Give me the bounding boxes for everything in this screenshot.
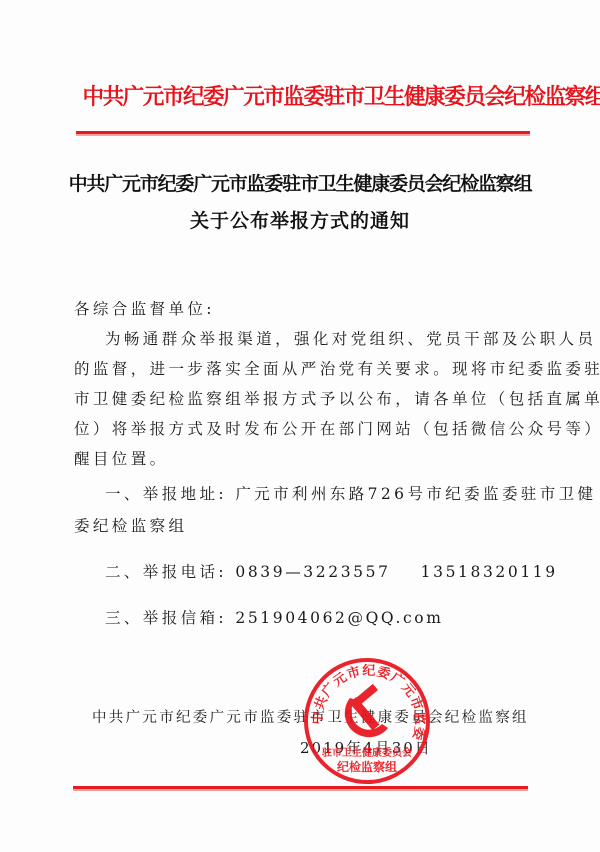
document-title-line1: 中共广元市纪委广元市监委驻市卫生健康委员会纪检监察组 [60,169,540,196]
document-title-line2: 关于公布举报方式的通知 [60,206,540,233]
paragraph-line: 的监督，进一步落实全面从严治党有关要求。现将市纪委监委驻 [74,354,544,384]
body-paragraph: 为畅通群众举报渠道，强化对党组织、党员干部及公职人员 的监督，进一步落实全面从严… [74,324,544,474]
footer-divider [73,786,528,789]
report-address-value: 广元市利州东路726号市纪委监委驻市卫健 [235,485,596,503]
report-address-label: 一、举报地址: [105,485,227,503]
report-email-label: 三、举报信箱: [105,609,227,627]
paragraph-line: 市卫健委纪检监察组举报方式予以公布，请各单位（包括直属单 [74,384,544,414]
seal-arc-text: 中共广元市纪委广元市监委 [309,663,428,743]
paragraph-line: 为畅通群众举报渠道，强化对党组织、党员干部及公职人员 [74,324,544,354]
report-address: 一、举报地址: 广元市利州东路726号市纪委监委驻市卫健 [105,482,596,504]
seal-bottom-line2: 纪检监察组 [337,759,397,774]
report-email-value: 251904062@QQ.com [235,609,443,627]
letterhead-divider [76,131,530,134]
signature-date: 2019年4月30日 [300,737,432,758]
svg-text:中共广元市纪委广元市监委: 中共广元市纪委广元市监委 [309,663,428,743]
paragraph-line: 位）将举报方式及时发布公开在部门网站（包括微信公众号等） [74,414,544,444]
report-email: 三、举报信箱: 251904062@QQ.com [105,606,444,628]
letterhead-title: 中共广元市纪委广元市监委驻市卫生健康委员会纪检监察组 [83,80,524,111]
salutation: 各综合监督单位: [74,297,215,319]
report-address-cont: 委纪检监察组 [74,514,187,536]
signature-org: 中共广元市纪委广元市监委驻市卫生健康委员会纪检监察组 [92,706,529,727]
report-phone: 二、举报电话: 0839—3223557 13518320119 [105,560,558,582]
report-phone-label: 二、举报电话: [105,563,227,581]
report-phone-value: 0839—3223557 13518320119 [235,563,557,581]
paragraph-line: 醒目位置。 [74,444,544,474]
